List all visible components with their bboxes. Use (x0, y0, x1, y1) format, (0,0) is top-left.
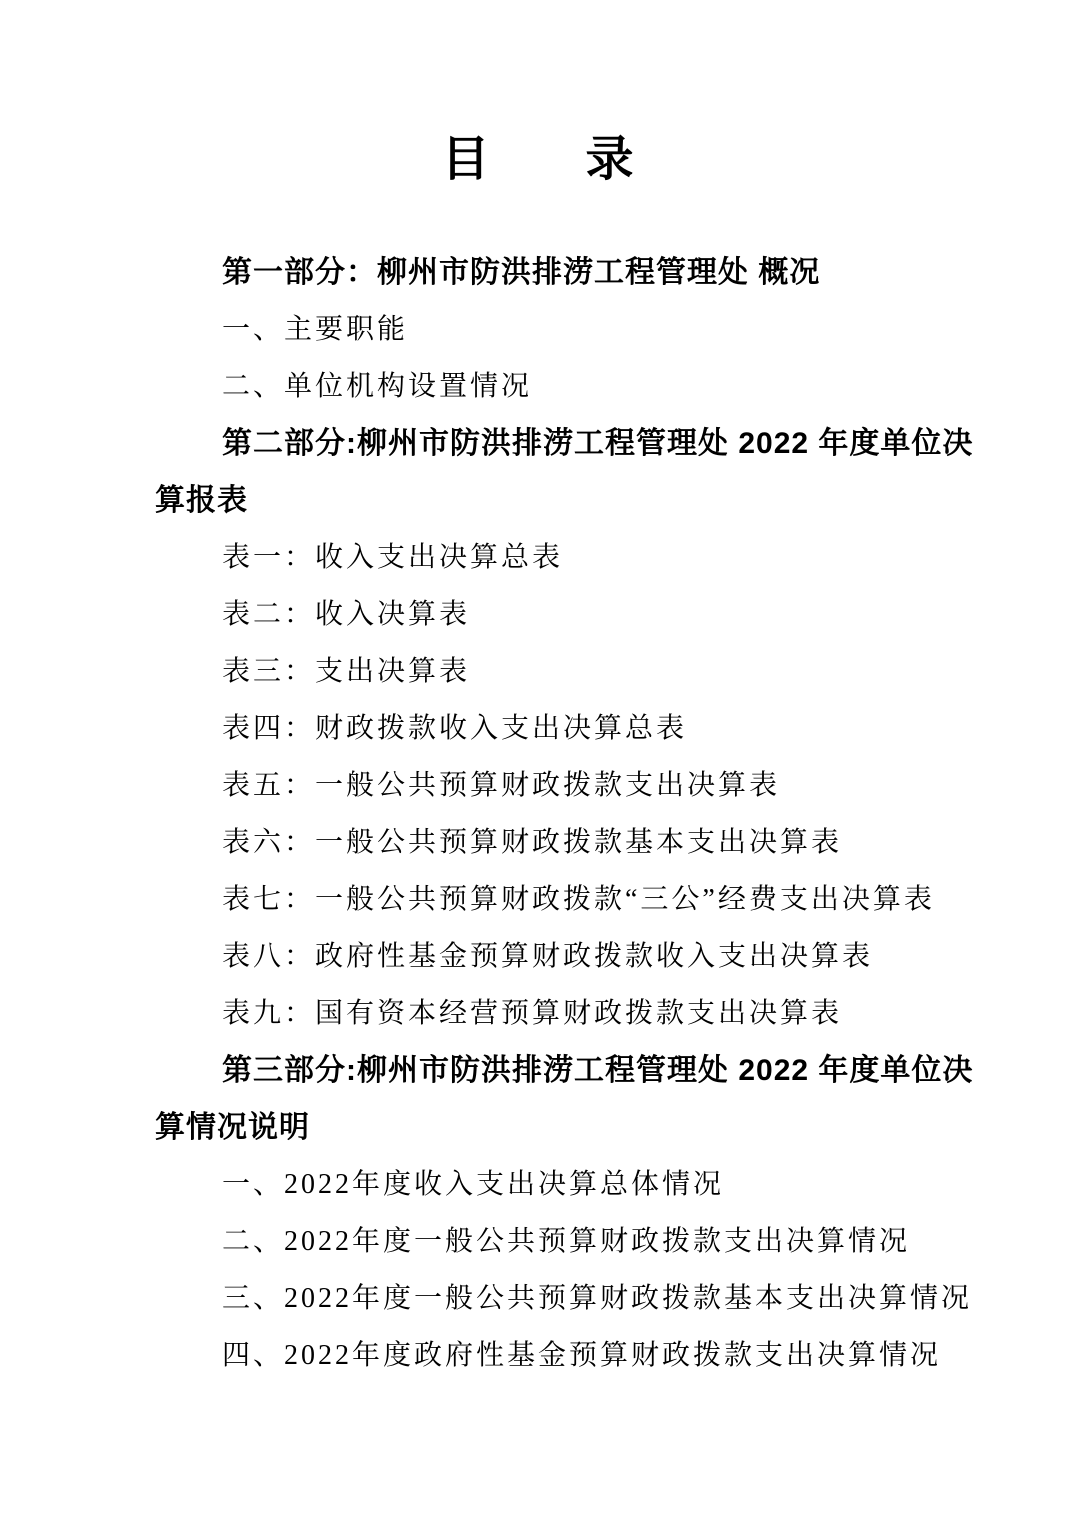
section-2-table-item-6: 表六：一般公共预算财政拨款基本支出决算表 (155, 814, 935, 871)
section-3-item-1: 一、2022年度收入支出决算总体情况 (155, 1156, 935, 1213)
section-2-table-item-7: 表七：一般公共预算财政拨款“三公”经费支出决算表 (155, 871, 935, 928)
section-3-heading-line-1: 第三部分:柳州市防洪排涝工程管理处 2022 年度单位决 (155, 1042, 935, 1099)
section-3-heading-line-2: 算情况说明 (155, 1099, 935, 1156)
section-2-table-item-1: 表一：收入支出决算总表 (155, 529, 935, 586)
section-2-table-item-8: 表八：政府性基金预算财政拨款收入支出决算表 (155, 928, 935, 985)
section-3-item-4: 四、2022年度政府性基金预算财政拨款支出决算情况 (155, 1327, 935, 1384)
section-2-table-item-9: 表九：国有资本经营预算财政拨款支出决算表 (155, 985, 935, 1042)
page-title: 目 录 (0, 0, 1075, 184)
section-2-table-item-2: 表二：收入决算表 (155, 586, 935, 643)
section-1-item-2: 二、单位机构设置情况 (155, 358, 935, 415)
section-2-table-item-3: 表三：支出决算表 (155, 643, 935, 700)
section-3-item-3: 三、2022年度一般公共预算财政拨款基本支出决算情况 (155, 1270, 935, 1327)
section-2-heading-line-1: 第二部分:柳州市防洪排涝工程管理处 2022 年度单位决 (155, 415, 935, 472)
section-1-heading: 第一部分：柳州市防洪排涝工程管理处 概况 (155, 244, 935, 301)
section-3-item-2: 二、2022年度一般公共预算财政拨款支出决算情况 (155, 1213, 935, 1270)
section-2-table-item-5: 表五：一般公共预算财政拨款支出决算表 (155, 757, 935, 814)
section-2-heading-line-2: 算报表 (155, 472, 935, 529)
document-page: 目 录 第一部分：柳州市防洪排涝工程管理处 概况 一、主要职能 二、单位机构设置… (0, 0, 1075, 1520)
toc-content: 第一部分：柳州市防洪排涝工程管理处 概况 一、主要职能 二、单位机构设置情况 第… (155, 244, 935, 1384)
section-1-item-1: 一、主要职能 (155, 301, 935, 358)
section-2-table-item-4: 表四：财政拨款收入支出决算总表 (155, 700, 935, 757)
